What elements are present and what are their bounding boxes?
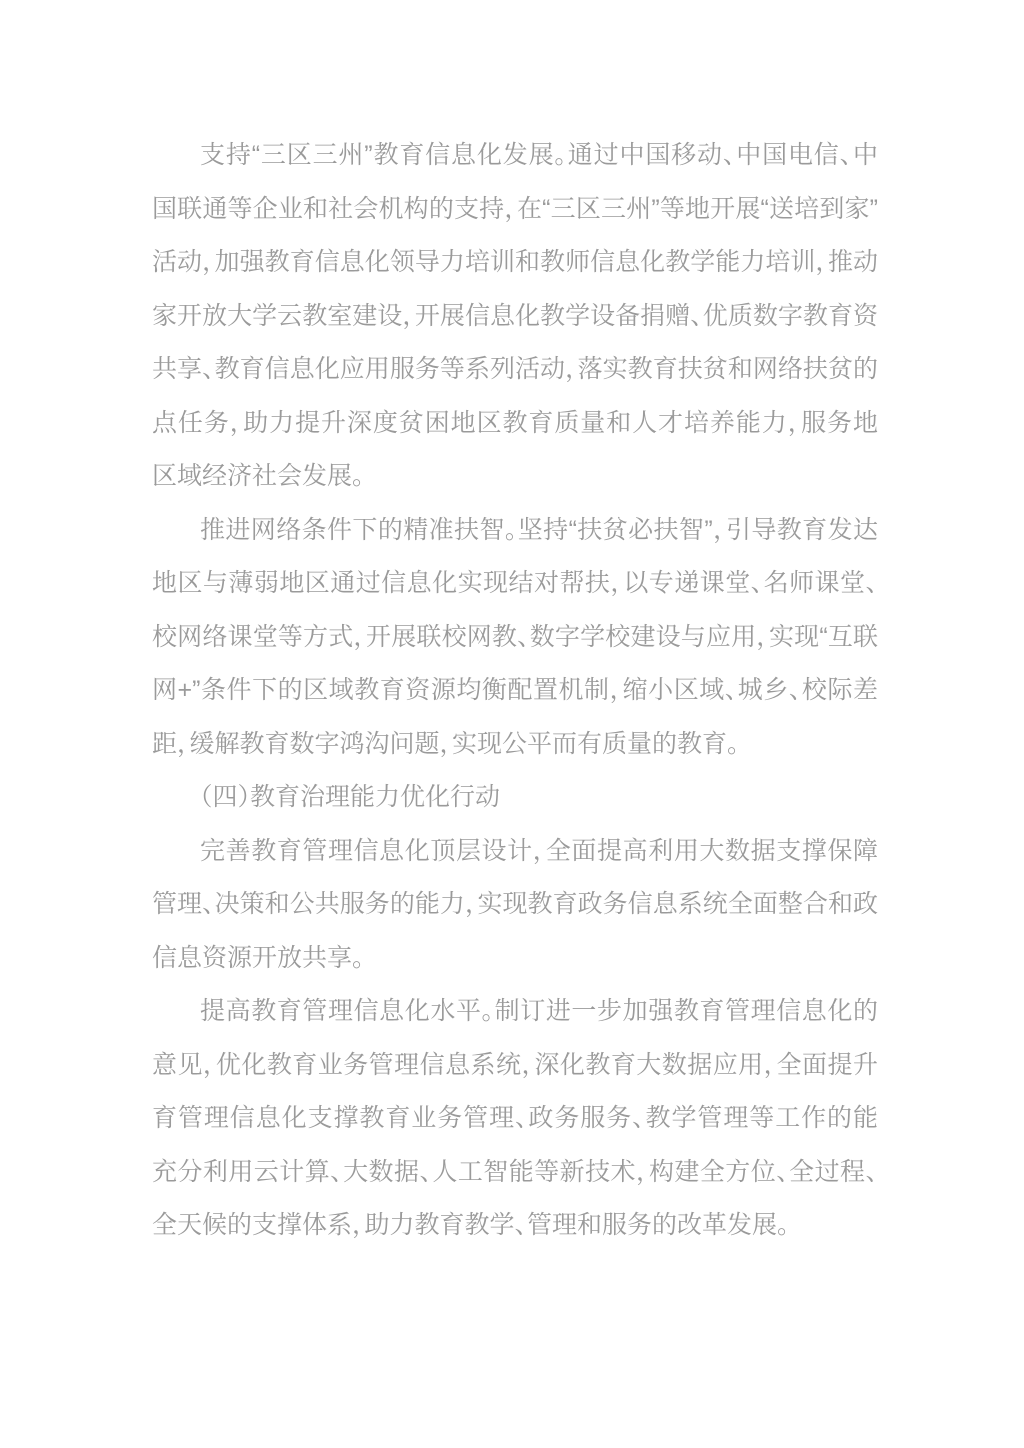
text-line: 距，缓解教育数字鸿沟问题，实现公平而有质量的教育。 [152,718,878,772]
text-line: 管理、决策和公共服务的能力，实现教育政务信息系统全面整合和政务 [152,878,878,932]
text-line: 信息资源开放共享。 [152,932,878,986]
body-paragraph: 提高教育管理信息化水平。制订进一步加强教育管理信息化的指导意见，优化教育业务管理… [152,985,878,1253]
text-line: 点任务，助力提升深度贫困地区教育质量和人才培养能力，服务地方、 [152,397,878,451]
text-line: 提高教育管理信息化水平。制订进一步加强教育管理信息化的指导 [152,985,878,1039]
text-line: 网+”条件下的区域教育资源均衡配置机制，缩小区域、城乡、校际差 [152,664,878,718]
document-text-content: 支持“三区三州”教育信息化发展。通过中国移动、中国电信、中国联通等企业和社会机构… [152,129,878,1253]
text-line: 国联通等企业和社会机构的支持，在“三区三州”等地开展“送培到家” [152,183,878,237]
body-paragraph: 支持“三区三州”教育信息化发展。通过中国移动、中国电信、中国联通等企业和社会机构… [152,129,878,504]
text-line: 活动，加强教育信息化领导力培训和教师信息化教学能力培训，推动国 [152,236,878,290]
text-line: 校网络课堂等方式，开展联校网教、数字学校建设与应用，实现“互联 [152,611,878,665]
text-line: 地区与薄弱地区通过信息化实现结对帮扶，以专递课堂、名师课堂、名 [152,557,878,611]
text-line: 家开放大学云教室建设，开展信息化教学设备捐赠、优质数字教育资源 [152,290,878,344]
section-heading: （四）教育治理能力优化行动 [152,771,878,825]
body-paragraph: 完善教育管理信息化顶层设计，全面提高利用大数据支撑保障教育管理、决策和公共服务的… [152,825,878,986]
text-line: 区域经济社会发展。 [152,450,878,504]
text-line: 育管理信息化支撑教育业务管理、政务服务、教学管理等工作的能力。 [152,1092,878,1146]
text-line: 意见，优化教育业务管理信息系统，深化教育大数据应用，全面提升教 [152,1039,878,1093]
text-line: 共享、教育信息化应用服务等系列活动，落实教育扶贫和网络扶贫的重 [152,343,878,397]
text-line: 完善教育管理信息化顶层设计，全面提高利用大数据支撑保障教育 [152,825,878,879]
text-line: 全天候的支撑体系，助力教育教学、管理和服务的改革发展。 [152,1199,878,1253]
body-paragraph: 推进网络条件下的精准扶智。坚持“扶贫必扶智”，引导教育发达地区与薄弱地区通过信息… [152,504,878,772]
text-line: 推进网络条件下的精准扶智。坚持“扶贫必扶智”，引导教育发达 [152,504,878,558]
heading-line: （四）教育治理能力优化行动 [152,771,878,825]
text-line: 充分利用云计算、大数据、人工智能等新技术，构建全方位、全过程、 [152,1146,878,1200]
text-line: 支持“三区三州”教育信息化发展。通过中国移动、中国电信、中 [152,129,878,183]
document-page: 支持“三区三州”教育信息化发展。通过中国移动、中国电信、中国联通等企业和社会机构… [0,0,1024,1448]
